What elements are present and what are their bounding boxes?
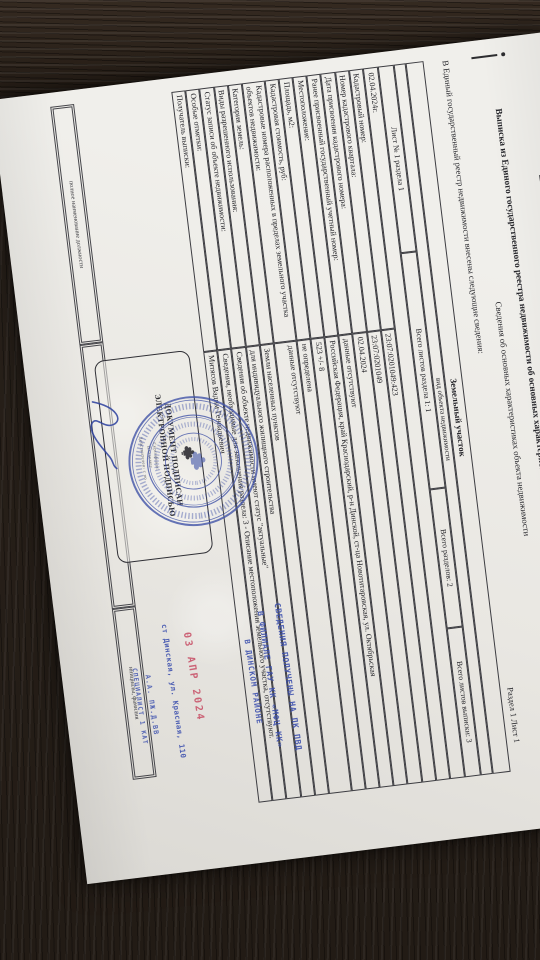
pen-mark bbox=[471, 54, 497, 60]
position-caption-cell: полное наименование должности bbox=[50, 104, 103, 345]
round-seal-stamp bbox=[118, 385, 270, 537]
date-ink-stamp: 03 АПР 2024 bbox=[181, 631, 206, 722]
handwritten-signature bbox=[76, 392, 135, 477]
egrn-extract-document: Управление федеральной службы государств… bbox=[0, 32, 540, 884]
pen-dot bbox=[501, 52, 505, 56]
